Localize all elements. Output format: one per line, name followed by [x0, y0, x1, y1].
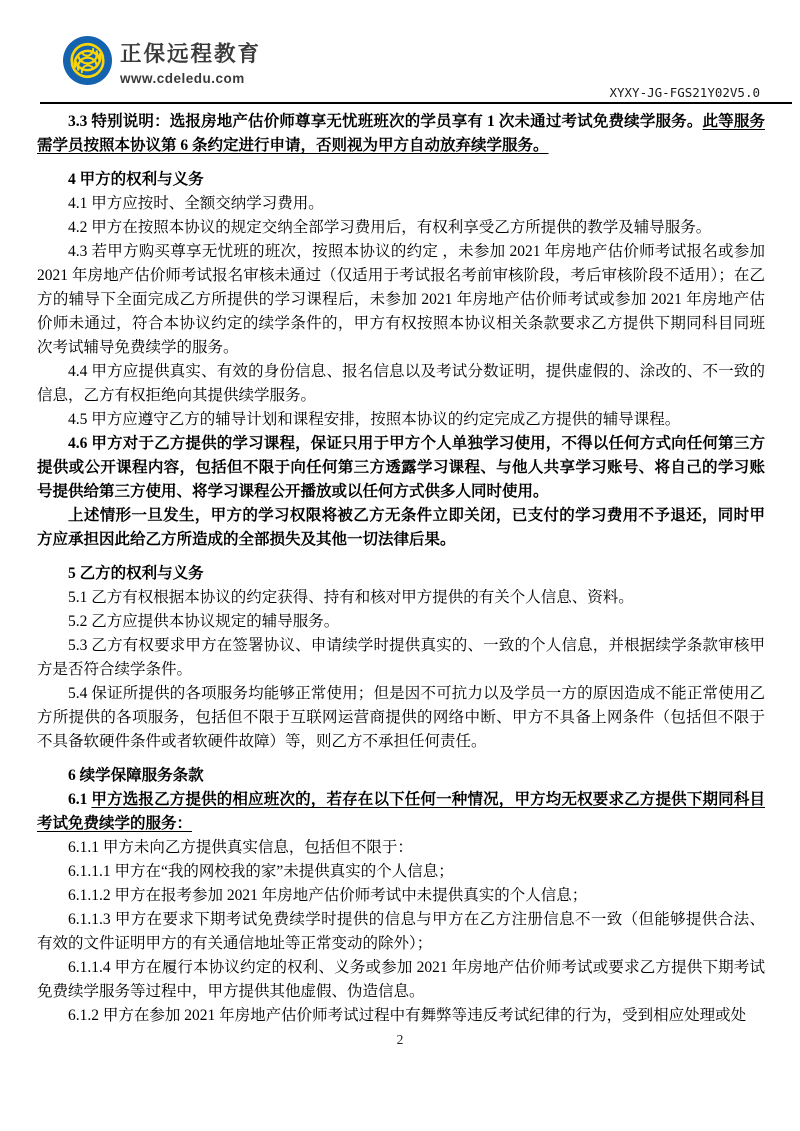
clause-6-1-underlined: 甲方选报乙方提供的相应班次的，若存在以下任何一种情况，甲方均无权要求乙方提供下期… — [37, 791, 765, 832]
header-rule — [40, 102, 792, 104]
clause-4-3: 4.3 若甲方购买尊享无忧班的班次，按照本协议的约定 ，未参加 2021 年房地… — [37, 240, 765, 360]
clause-5-1: 5.1 乙方有权根据本协议的约定获得、持有和核对甲方提供的有关个人信息、资料。 — [37, 586, 765, 610]
contract-body: 3.3 特别说明：选报房地产估价师尊享无忧班班次的学员享有 1 次未通过考试免费… — [37, 110, 765, 1028]
brand-block: 正保远程教育 www.cdeledu.com — [120, 41, 261, 87]
heading-6: 6 续学保障服务条款 — [37, 764, 765, 788]
heading-4: 4 甲方的权利与义务 — [37, 168, 765, 192]
brand-name: 正保远程教育 — [120, 41, 261, 67]
page-number: 2 — [0, 1032, 800, 1048]
clause-4-5: 4.5 甲方应遵守乙方的辅导计划和课程安排，按照本协议的约定完成乙方提供的辅导课… — [37, 408, 765, 432]
clause-4-6: 4.6 甲方对于乙方提供的学习课程，保证只用于甲方个人单独学习使用，不得以任何方… — [37, 432, 765, 504]
clause-6-1-2: 6.1.2 甲方在参加 2021 年房地产估价师考试过程中有舞弊等违反考试纪律的… — [37, 1004, 765, 1028]
clause-6-1-number: 6.1 — [68, 791, 91, 808]
clause-5-2: 5.2 乙方应提供本协议规定的辅导服务。 — [37, 610, 765, 634]
clause-4-1: 4.1 甲方应按时、全额交纳学习费用。 — [37, 192, 765, 216]
clause-5-3: 5.3 乙方有权要求甲方在签署协议、申请续学时提供真实的、一致的个人信息，并根据… — [37, 634, 765, 682]
clause-5-4: 5.4 保证所提供的各项服务均能够正常使用；但是因不可抗力以及学员一方的原因造成… — [37, 682, 765, 754]
document-code: XYXY-JG-FGS21Y02V5.0 — [609, 85, 760, 100]
clause-3-3: 3.3 特别说明：选报房地产估价师尊享无忧班班次的学员享有 1 次未通过考试免费… — [37, 110, 765, 158]
clause-6-1-1-3: 6.1.1.3 甲方在要求下期考试免费续学时提供的信息与甲方在乙方注册信息不一致… — [37, 908, 765, 956]
clause-6-1: 6.1 甲方选报乙方提供的相应班次的，若存在以下任何一种情况，甲方均无权要求乙方… — [37, 788, 765, 836]
clause-4-6-consequence: 上述情形一旦发生，甲方的学习权限将被乙方无条件立即关闭，已支付的学习费用不予退还… — [37, 504, 765, 552]
clause-3-3-text: 3.3 特别说明：选报房地产估价师尊享无忧班班次的学员享有 1 次未通过考试免费… — [68, 113, 702, 130]
brand-url: www.cdeledu.com — [120, 70, 261, 87]
heading-5: 5 乙方的权利与义务 — [37, 562, 765, 586]
document-page: 正保远程教育 www.cdeledu.com XYXY-JG-FGS21Y02V… — [0, 0, 800, 1131]
clause-6-1-1: 6.1.1 甲方未向乙方提供真实信息，包括但不限于： — [37, 836, 765, 860]
clause-6-1-1-1: 6.1.1.1 甲方在“我的网校我的家”未提供真实的个人信息； — [37, 860, 765, 884]
company-logo-icon — [63, 36, 112, 85]
clause-6-1-1-2: 6.1.1.2 甲方在报考参加 2021 年房地产估价师考试中未提供真实的个人信… — [37, 884, 765, 908]
clause-4-2: 4.2 甲方在按照本协议的规定交纳全部学习费用后，有权利享受乙方所提供的教学及辅… — [37, 216, 765, 240]
clause-6-1-1-4: 6.1.1.4 甲方在履行本协议约定的权利、义务或参加 2021 年房地产估价师… — [37, 956, 765, 1004]
clause-4-4: 4.4 甲方应提供真实、有效的身份信息、报名信息以及考试分数证明，提供虚假的、涂… — [37, 360, 765, 408]
